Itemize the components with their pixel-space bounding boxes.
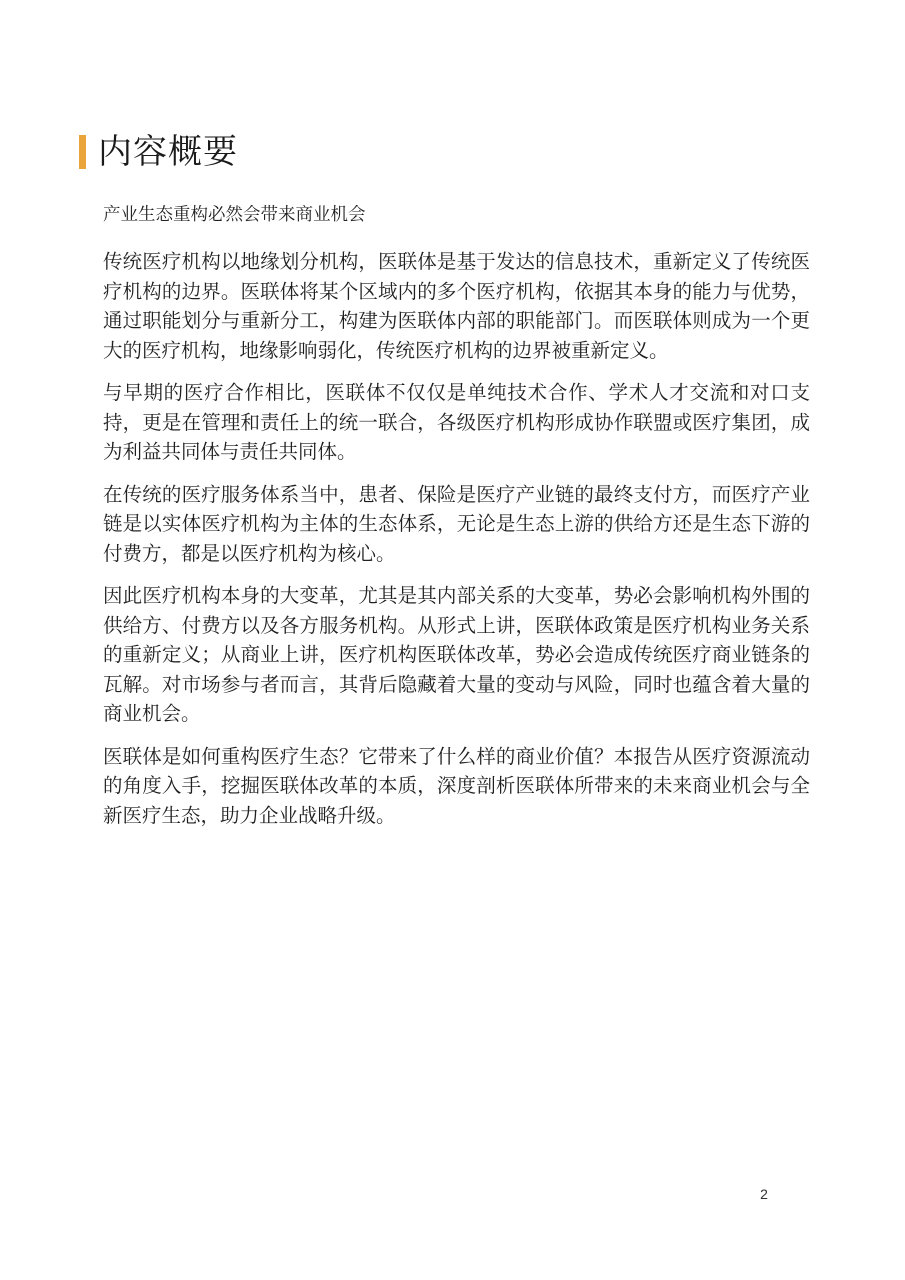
page-title: 内容概要 xyxy=(98,132,238,172)
paragraph: 在传统的医疗服务体系当中，患者、保险是医疗产业链的最终支付方，而医疗产业链是以实… xyxy=(103,481,810,570)
section-header: 内容概要 xyxy=(79,132,238,172)
section-subtitle: 产业生态重构必然会带来商业机会 xyxy=(103,201,810,227)
paragraph: 医联体是如何重构医疗生态？它带来了什么样的商业价值？本报告从医疗资源流动的角度入… xyxy=(103,743,810,832)
paragraph: 因此医疗机构本身的大变革，尤其是其内部关系的大变革，势必会影响机构外围的供给方、… xyxy=(103,582,810,730)
body-text: 传统医疗机构以地缘划分机构，医联体是基于发达的信息技术，重新定义了传统医疗机构的… xyxy=(103,248,810,844)
paragraph: 传统医疗机构以地缘划分机构，医联体是基于发达的信息技术，重新定义了传统医疗机构的… xyxy=(103,248,810,366)
title-accent-bar xyxy=(79,135,86,169)
page-number: 2 xyxy=(752,1186,776,1202)
paragraph: 与早期的医疗合作相比，医联体不仅仅是单纯技术合作、学术人才交流和对口支持，更是在… xyxy=(103,379,810,468)
document-page: 内容概要 产业生态重构必然会带来商业机会 传统医疗机构以地缘划分机构，医联体是基… xyxy=(0,0,905,1280)
